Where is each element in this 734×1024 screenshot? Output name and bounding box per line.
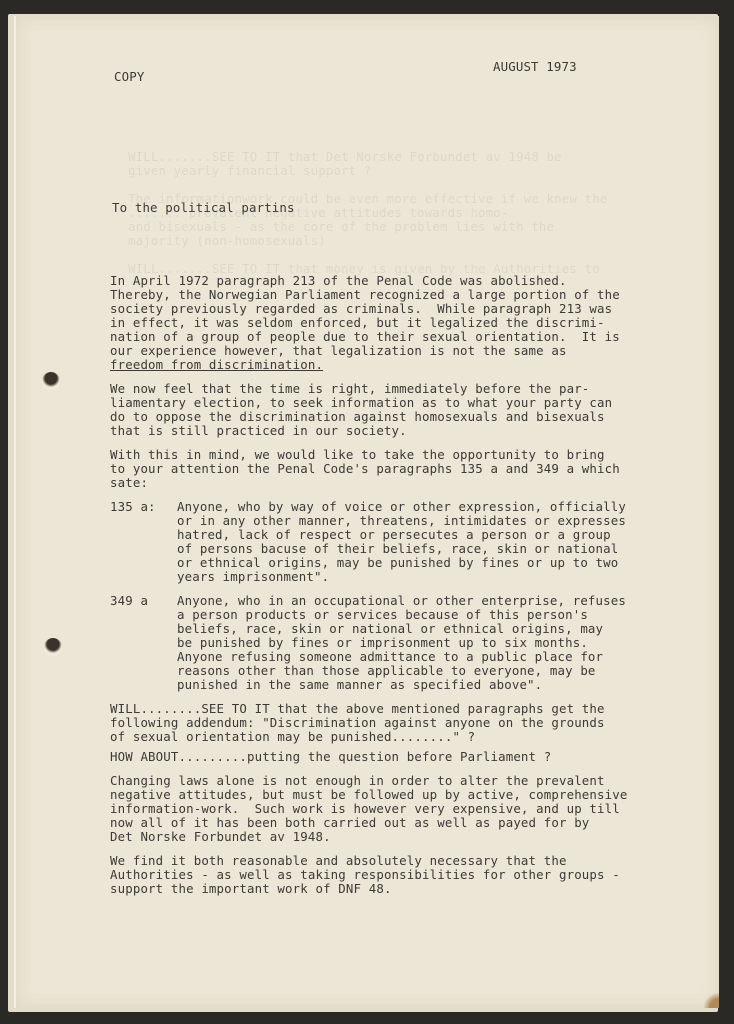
law-135a: 135 a: Anyone, who by way of voice or ot… — [110, 500, 700, 584]
corner-stain — [703, 992, 719, 1008]
paragraph-will-see-to-it: WILL........SEE TO IT that the above men… — [110, 702, 700, 744]
punch-hole-icon — [44, 638, 62, 656]
letter-date: AUGUST 1973 — [493, 60, 577, 74]
paragraph-how-about: HOW ABOUT.........putting the question b… — [110, 750, 700, 764]
law-349a: 349 a Anyone, who in an occupational or … — [110, 594, 700, 692]
paragraph-information-work: Changing laws alone is not enough in ord… — [110, 774, 700, 844]
law-text: Anyone, who in an occupational or other … — [177, 594, 626, 692]
law-text: Anyone, who by way of voice or other exp… — [177, 500, 626, 584]
paragraph-support-dnf48: We find it both reasonable and absolutel… — [110, 854, 700, 896]
typed-letter-page: WILL.......SEE TO IT that Det Norske For… — [14, 16, 719, 1008]
paragraph-election: We now feel that the time is right, imme… — [110, 382, 700, 438]
salutation: To the political partins — [112, 201, 295, 215]
law-number: 349 a — [110, 594, 177, 692]
paragraph-intro-underlined: freedom from discrimination. — [110, 358, 700, 372]
paragraph-penal-code: With this in mind, we would like to take… — [110, 448, 700, 490]
punch-hole-icon — [42, 372, 60, 390]
paragraph-intro: In April 1972 paragraph 213 of the Penal… — [110, 274, 700, 358]
letter-body: In April 1972 paragraph 213 of the Penal… — [110, 274, 700, 906]
law-number: 135 a: — [110, 500, 177, 584]
copy-label: COPY — [114, 70, 144, 84]
